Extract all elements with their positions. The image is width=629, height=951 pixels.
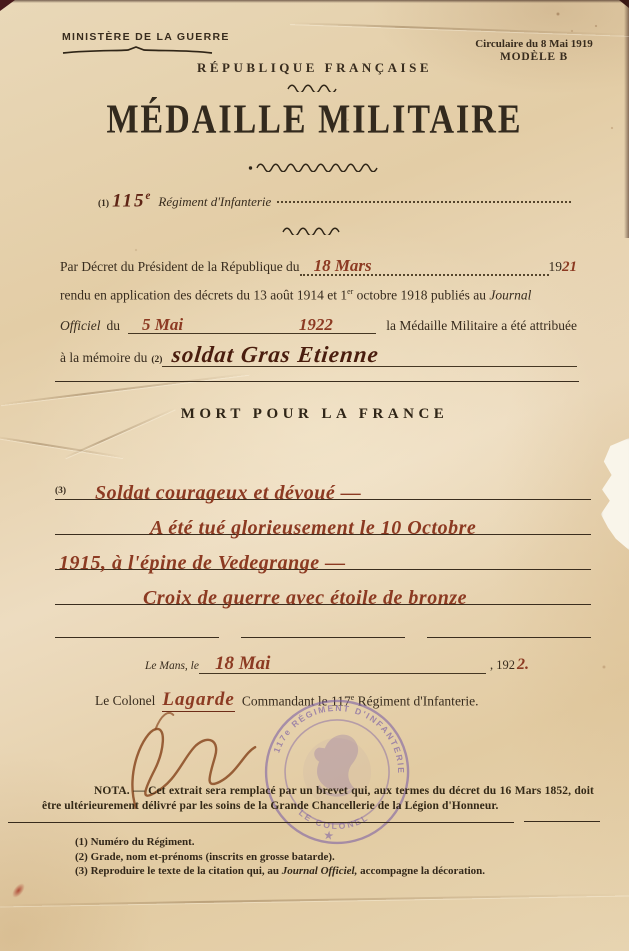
blank-rule [55,381,579,382]
decree-date-handwritten: 18 Mars [314,256,372,276]
decree-line-1: Par Décret du Président de la République… [60,256,577,276]
citation-line: A été tué glorieusement le 10 Octobre [55,504,591,535]
footnote-ref-1: (1) [98,199,109,209]
decree-line-3: Officiel du 5 Mai 1922 la Médaille Milit… [60,315,577,334]
circular-date: Circulaire du 8 Mai 1919 [448,38,620,50]
ministry-underline-ornament [62,46,214,56]
ministry-label: MINISTÈRE DE LA GUERRE [62,31,232,43]
footnote-1: (1) Numéro du Régiment. [75,835,601,850]
footnote-2: (2) Grade, nom et-prénoms (inscrits en g… [75,850,601,865]
nota-paragraph: NOTA. — Cet extrait sera remplacé par un… [42,784,594,814]
ink-mark [10,881,28,900]
paper-crease [0,894,629,907]
decree-line-2: rendu en application des décrets du 13 a… [60,287,581,304]
journal-italic: Journal [489,288,531,303]
signature-date-handwritten: 18 Mai [215,653,270,675]
ministry-header: MINISTÈRE DE LA GUERRE [62,31,232,61]
squiggle-ornament [287,84,343,92]
citation-blank-line [55,637,591,638]
journal-officiel-italic: Journal Officiel, [282,865,358,877]
decree-text: rendu en application des décrets du 13 a… [60,288,347,303]
dotted-leader [277,201,571,203]
decree-year: 1921 [549,259,578,276]
jo-date-handwritten: 5 Mai [142,315,183,335]
decree-line-4: à la mémoire du (2) soldat Gras Etienne [60,342,577,367]
citation-handwritten: Soldat courageux et dévoué — [95,482,361,505]
officiel-italic: Officiel [60,318,101,334]
paper-crease [1,373,249,405]
citation-handwritten: 1915, à l'épine de Vedegrange — [59,552,346,575]
jo-year-field: 1922 [285,315,376,334]
paper-crease [290,22,629,36]
jo-date-field: 5 Mai [128,315,285,334]
citation-line: (3) Soldat courageux et dévoué — [55,469,591,500]
decree-text: Par Décret du Président de la République… [60,259,300,275]
recipient-name-handwritten: soldat Gras Etienne [171,342,381,368]
footnote-ref-2: (2) [151,355,162,365]
divider-rule [8,822,514,823]
colonel-label: Le Colonel [95,693,155,709]
squiggle-ornament [282,227,348,235]
decree-date-field: 18 Mars [300,256,549,276]
place-label: Le Mans, le [145,660,199,672]
citation-handwritten: Croix de guerre avec étoile de bronze [143,587,467,610]
date-place-line: Le Mans, le 18 Mai , 192 2. [145,653,529,674]
footnote-ref-3: (3) [55,486,66,496]
paper-edge-top [0,0,629,3]
footnote-3: (3) Reproduire le texte de la citation q… [75,864,601,879]
citation-line: 1915, à l'épine de Vedegrange — [55,539,591,570]
divider-rule [524,821,600,822]
squiggle-ornament [248,163,381,172]
decree-text: du [107,318,121,334]
torn-edge [599,438,629,550]
decree-text: à la mémoire du [60,350,147,366]
decree-text: la Médaille Militaire a été attribuée [386,318,577,334]
document-title: MÉDAILLE MILITAIRE [0,97,629,143]
citation-handwritten: A été tué glorieusement le 10 Octobre [150,517,476,540]
paper-corner-dark [0,0,15,11]
year-handwritten: 2. [517,656,529,674]
signature-date-field: 18 Mai [199,653,486,674]
recipient-name-field: soldat Gras Etienne [162,342,577,367]
year-printed: , 192 [490,658,515,673]
regiment-label: Régiment d'Infanterie [158,194,271,210]
citation-line: Croix de guerre avec étoile de bronze [55,574,591,605]
footnotes: (1) Numéro du Régiment. (2) Grade, nom e… [75,835,601,879]
republic-heading: RÉPUBLIQUE FRANÇAISE [0,60,629,76]
mort-pour-la-france-banner: MORT POUR LA FRANCE [0,406,629,423]
regiment-number-handwritten: 115e [112,190,152,212]
decree-sup: er [347,287,353,296]
decree-text: octobre 1918 publiés au [357,288,486,303]
jo-year-handwritten: 1922 [299,315,333,335]
certificate-document: MINISTÈRE DE LA GUERRE Circulaire du 8 M… [0,0,629,951]
regiment-line: (1)115eRégiment d'Infanterie [98,190,571,212]
